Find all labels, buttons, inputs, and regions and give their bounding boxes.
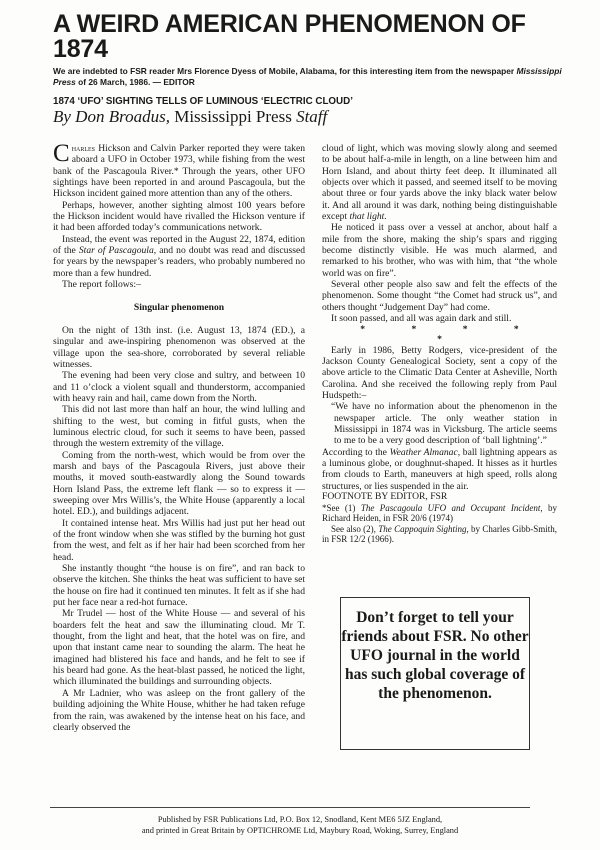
publisher-footer: Published by FSR Publications Ltd, P.O. … xyxy=(40,814,560,836)
footnote-text: *See (1) xyxy=(322,503,361,513)
article-title: A WEIRD AMERICAN PHENOMENON OF 1874 xyxy=(53,12,573,62)
footer-line: and printed in Great Britain by OPTICHRO… xyxy=(40,825,560,836)
paragraph: Mr Trudel — host of the White House — an… xyxy=(53,608,305,687)
paragraph: It soon passed, and all was again dark a… xyxy=(322,313,557,324)
quote-text: “We have no information about the phenom… xyxy=(334,401,557,446)
left-column: Charles Hickson and Calvin Parker report… xyxy=(53,143,305,733)
block-quote: “We have no information about the phenom… xyxy=(322,401,557,446)
paragraph: It contained intense heat. Mrs Willis ha… xyxy=(53,518,305,563)
footnote-title: The Pascagoula UFO and Occupant Incident xyxy=(361,503,541,513)
paragraph: On the night of 13th inst. (i.e. August … xyxy=(53,325,305,370)
publication-name: Weather Almanac xyxy=(390,447,458,458)
paragraph: Early in 1986, Betty Rodgers, vice-presi… xyxy=(322,345,557,402)
footer-divider xyxy=(50,807,530,808)
paragraph: The report follows:– xyxy=(53,279,305,290)
paragraph: She instantly thought “the house is on f… xyxy=(53,563,305,608)
intro-text: We are indebted to FSR reader Mrs Floren… xyxy=(53,66,517,76)
drop-cap: C xyxy=(53,144,70,164)
newspaper-name: Star of Pascagoula xyxy=(79,245,154,256)
section-break-stars: * * * * * xyxy=(322,325,557,345)
paragraph: This did not last more than half an hour… xyxy=(53,404,305,449)
small-caps-lead: harles xyxy=(72,143,95,153)
paragraph: The evening had been very close and sult… xyxy=(53,370,305,404)
footnote-item: *See (1) The Pascagoula UFO and Occupant… xyxy=(322,503,557,524)
paragraph: According to the Weather Almanac, ball l… xyxy=(322,447,557,492)
paragraph: Charles Hickson and Calvin Parker report… xyxy=(53,143,305,200)
footnote-text: See also (2), xyxy=(331,524,378,534)
byline-staff: Staff xyxy=(296,107,327,126)
section-heading: Singular phenomenon xyxy=(53,302,305,313)
paragraph: cloud of light, which was moving slowly … xyxy=(322,143,557,222)
byline: By Don Broadus, Mississippi Press Staff xyxy=(53,107,573,127)
footnote-heading: FOOTNOTE BY EDITOR, FSR xyxy=(322,492,557,503)
paragraph: Coming from the north-west, which would … xyxy=(53,450,305,518)
footnote-item: See also (2), The Cappoquin Sighting, by… xyxy=(322,524,557,545)
paragraph: A Mr Ladnier, who was asleep on the fron… xyxy=(53,688,305,733)
paragraph: Instead, the event was reported in the A… xyxy=(53,234,305,279)
footnote-title: The Cappoquin Sighting xyxy=(378,524,466,534)
footnotes: FOOTNOTE BY EDITOR, FSR *See (1) The Pas… xyxy=(322,492,557,545)
footer-line: Published by FSR Publications Ltd, P.O. … xyxy=(40,814,560,825)
paragraph: Several other people also saw and felt t… xyxy=(322,279,557,313)
paragraph: He noticed it pass over a vessel at anch… xyxy=(322,222,557,279)
byline-paper: Mississippi Press xyxy=(170,107,296,126)
byline-author: By Don Broadus, xyxy=(53,107,170,126)
paragraph-text: According to the xyxy=(322,447,390,458)
promo-box: Don’t forget to tell your friends about … xyxy=(340,597,530,750)
right-column: cloud of light, which was moving slowly … xyxy=(322,143,557,545)
paragraph: Perhaps, however, another sighting almos… xyxy=(53,200,305,234)
intro-text-end: of 26 March, 1986. — EDITOR xyxy=(76,77,195,87)
emphasis: that light. xyxy=(349,211,386,222)
editor-intro: We are indebted to FSR reader Mrs Floren… xyxy=(53,66,573,88)
